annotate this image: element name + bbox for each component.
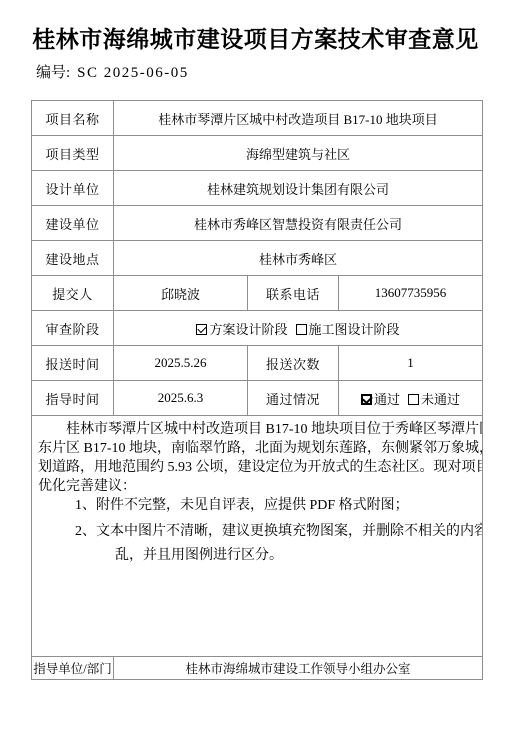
row-project-name: 项目名称 桂林市琴潭片区城中村改造项目 B17-10 地块项目 (32, 101, 483, 136)
pass-option: 通过 (374, 392, 400, 407)
document-page: 桂林市海绵城市建设项目方案技术审查意见 编号:SC 2025-06-05 项目名… (0, 0, 511, 742)
opinion-cell: 桂林市琴潭片区城中村改造项目 B17-10 地块项目位于秀峰区琴潭片区阳江路以 … (32, 416, 483, 657)
opinion-line: 划道路，用地范围约 5.93 公顷，建设定位为开放式的生态社区。现对项目提出如下 (38, 458, 476, 477)
review-stage-checked-option: 方案设计阶段 (209, 322, 287, 337)
opinion-line: 优化完善建议： (38, 477, 476, 496)
location-label: 建设地点 (32, 241, 114, 276)
submit-date-value: 2025.5.26 (114, 346, 248, 381)
row-review-stage: 审查阶段 方案设计阶段施工图设计阶段 (32, 311, 483, 346)
row-guide-date: 指导时间 2025.6.3 通过情况 通过未通过 (32, 381, 483, 416)
fail-option: 未通过 (421, 392, 460, 407)
row-guide-unit: 指导单位/部门 桂林市海绵城市建设工作领导小组办公室 (32, 657, 483, 680)
row-design-unit: 设计单位 桂林建筑规划设计集团有限公司 (32, 171, 483, 206)
guide-date-label: 指导时间 (32, 381, 114, 416)
opinion-item-2-continued: 乱，并且用图例进行区分。 (115, 544, 476, 568)
guide-unit-label: 指导单位/部门 (32, 657, 114, 680)
location-value: 桂林市秀峰区 (114, 241, 483, 276)
design-unit-label: 设计单位 (32, 171, 114, 206)
pass-status-label: 通过情况 (248, 381, 339, 416)
phone-label: 联系电话 (248, 276, 339, 311)
page-title: 桂林市海绵城市建设项目方案技术审查意见 (0, 25, 511, 55)
project-type-value: 海绵型建筑与社区 (114, 136, 483, 171)
row-submitter: 提交人 邱晓波 联系电话 13607735956 (32, 276, 483, 311)
opinion-item-2: 2、文本中图片不清晰，建议更换填充物图案，并删除不相关的内容，避免杂 (75, 520, 476, 544)
checkbox-checked-icon (196, 324, 207, 335)
doc-number-value: SC 2025-06-05 (77, 65, 189, 81)
submitter-value: 邱晓波 (114, 276, 248, 311)
construction-unit-value: 桂林市秀峰区智慧投资有限责任公司 (114, 206, 483, 241)
checkbox-checked-bold-icon (361, 394, 372, 405)
submit-count-value: 1 (339, 346, 483, 381)
submit-count-label: 报送次数 (248, 346, 339, 381)
construction-unit-label: 建设单位 (32, 206, 114, 241)
review-stage-label: 审查阶段 (32, 311, 114, 346)
opinion-item-1: 1、附件不完整，未见自评表，应提供 PDF 格式附图； (75, 496, 476, 515)
row-construction-unit: 建设单位 桂林市秀峰区智慧投资有限责任公司 (32, 206, 483, 241)
submit-date-label: 报送时间 (32, 346, 114, 381)
opinion-line: 桂林市琴潭片区城中村改造项目 B17-10 地块项目位于秀峰区琴潭片区阳江路以 (38, 420, 476, 439)
row-location: 建设地点 桂林市秀峰区 (32, 241, 483, 276)
opinion-line: 东片区 B17-10 地块，南临翠竹路，北面为规划东莲路，东侧紧邻万象城，西面为… (38, 439, 476, 458)
project-name-label: 项目名称 (32, 101, 114, 136)
doc-number-label: 编号: (36, 65, 70, 81)
phone-value: 13607735956 (339, 276, 483, 311)
submitter-label: 提交人 (32, 276, 114, 311)
project-type-label: 项目类型 (32, 136, 114, 171)
doc-number: 编号:SC 2025-06-05 (36, 64, 189, 83)
row-opinion: 桂林市琴潭片区城中村改造项目 B17-10 地块项目位于秀峰区琴潭片区阳江路以 … (32, 416, 483, 657)
review-stage-value: 方案设计阶段施工图设计阶段 (114, 311, 483, 346)
guide-date-value: 2025.6.3 (114, 381, 248, 416)
pass-status-value: 通过未通过 (339, 381, 483, 416)
checkbox-unchecked-icon (408, 394, 419, 405)
row-project-type: 项目类型 海绵型建筑与社区 (32, 136, 483, 171)
review-table: 项目名称 桂林市琴潭片区城中村改造项目 B17-10 地块项目 项目类型 海绵型… (31, 100, 483, 680)
project-name-value: 桂林市琴潭片区城中村改造项目 B17-10 地块项目 (114, 101, 483, 136)
design-unit-value: 桂林建筑规划设计集团有限公司 (114, 171, 483, 206)
checkbox-unchecked-icon (296, 324, 307, 335)
review-stage-unchecked-option: 施工图设计阶段 (309, 322, 400, 337)
guide-unit-value: 桂林市海绵城市建设工作领导小组办公室 (114, 657, 483, 680)
row-submit-date: 报送时间 2025.5.26 报送次数 1 (32, 346, 483, 381)
